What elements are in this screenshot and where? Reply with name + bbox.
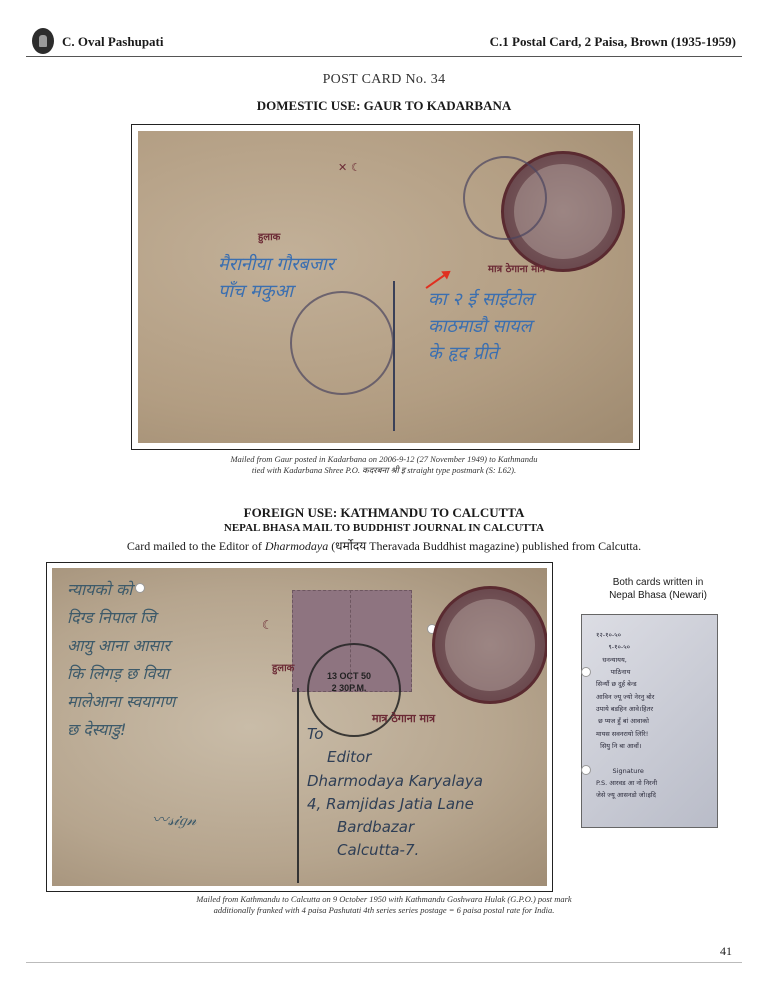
card-divider-line [393,281,395,431]
side-note: Both cards written in Nepal Bhasa (Newar… [583,576,733,602]
postcard-number: POST CARD No. 34 [0,72,768,88]
card-2-caption: Mailed from Kathmandu to Calcutta on 9 O… [0,894,768,917]
footer-divider [26,962,742,963]
handwriting-address: का २ ई साईटोल काठमाडौ सायल के हृद प्रीते [428,286,533,367]
section-2-description: Card mailed to the Editor of Dharmodaya … [0,537,768,554]
postmark-text: 13 OCT 50 2 30P.M. [327,671,371,694]
postcard-1-image: ✕ ☾ हुलाक मात्र ठेगाना मात्र मैरानीया गौ… [138,131,633,443]
crossed-khukuri-emblem: ☾ [262,618,273,632]
card-divider-line [297,688,299,883]
signature: 〰︎𝓈𝒾𝑔𝓃 [152,808,196,832]
handwriting-message: न्यायको को दिग्ड निपाल जि आयु आना आसार क… [67,576,175,744]
letter-reverse-image: १२-१०-५० ९-१०-५० धनन्यायय, पाठिनाय सिन्य… [581,614,718,828]
section-2-subtitle: NEPAL BHASA MAIL TO BUDDHIST JOURNAL IN … [0,522,768,534]
card-1-frame: ✕ ☾ हुलाक मात्र ठेगाना मात्र मैरानीया गौ… [131,124,640,450]
card-2-frame: 13 OCT 50 2 30P.M. ☾ हुलाक मात्र ठेगाना … [46,562,553,892]
letter-text: १२-१०-५० ९-१०-५० धनन्यायय, पाठिनाय सिन्य… [596,629,709,802]
section-1-title: DOMESTIC USE: GAUR TO KADARBANA [0,98,768,114]
header-divider [26,56,742,57]
imprinted-stamp [432,586,547,704]
hulak-label: हुलाक [272,660,294,674]
header-left-title: C. Oval Pashupati [62,34,164,50]
page-header: C. Oval Pashupati C.1 Postal Card, 2 Pai… [26,22,742,56]
section-2-title: FOREIGN USE: KATHMANDU TO CALCUTTA [0,505,768,521]
page-number: 41 [720,944,732,959]
crossed-khukuri-emblem: ✕ ☾ [338,161,361,174]
handwriting-address: To Editor Dharmodaya Karyalaya 4, Ramjid… [307,723,483,863]
punch-hole [581,667,591,677]
postcard-2-image: 13 OCT 50 2 30P.M. ☾ हुलाक मात्र ठेगाना … [52,568,547,886]
header-right-title: C.1 Postal Card, 2 Paisa, Brown (1935-19… [490,34,736,50]
stamp-caption: मात्र ठेगाना मात्र [488,261,545,275]
card-1-caption: Mailed from Gaur posted in Kadarbana on … [0,454,768,477]
pashupati-emblem-icon [32,28,54,54]
handwriting-left: मैरानीया गौरबजार पाँच मकुआ [218,251,334,305]
punch-hole [581,765,591,775]
postmark-circle [290,291,394,395]
hulak-label: हुलाक [258,229,280,243]
postmark-circle [463,156,547,240]
